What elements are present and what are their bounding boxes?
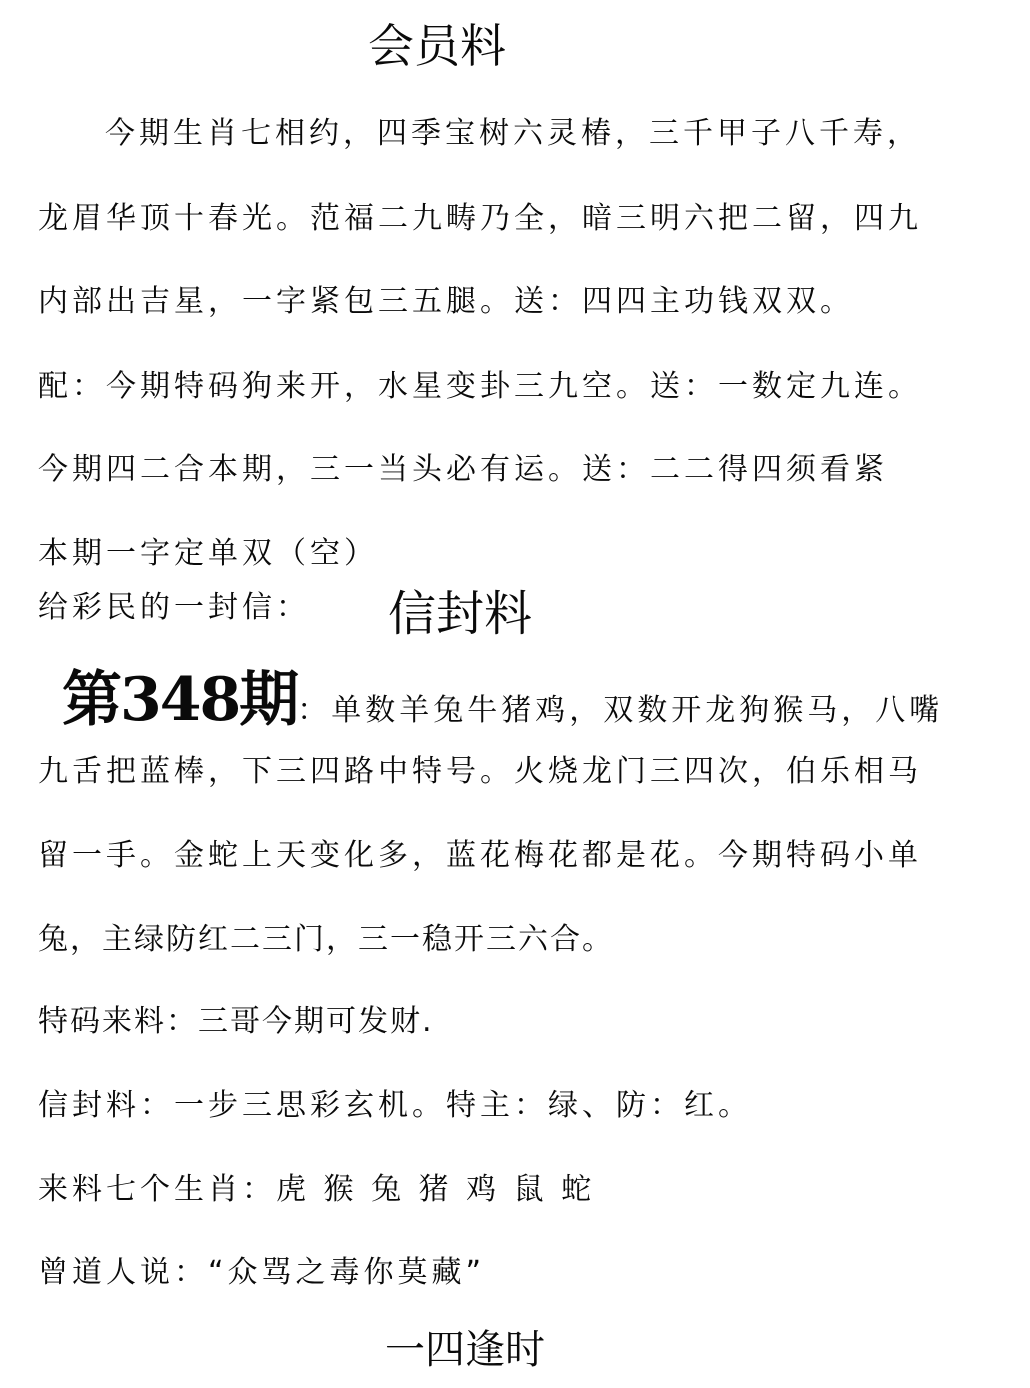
- verse-line: 配：今期特码狗来开，水星变卦三九空。送：一数定九连。: [38, 361, 922, 405]
- verse-line: 内部出吉星，一字紧包三五腿。送：四四主功钱双双。: [38, 276, 854, 320]
- issue-number: 第348期: [62, 665, 297, 735]
- verse-line: 九舌把蓝棒，下三四路中特号。火烧龙门三四次，伯乐相马: [38, 746, 922, 790]
- quote-line: 曾道人说：“众骂之毒你莫藏”: [38, 1247, 485, 1291]
- page-title: 会员料: [368, 10, 506, 76]
- footer-title: 一四逢时: [385, 1318, 545, 1375]
- verse-line: 今期生肖七相约，四季宝树六灵椿，三千甲子八千寿，: [105, 108, 921, 152]
- zodiac-line: 来料七个生肖：虎 猴 兔 猪 鸡 鼠 蛇: [38, 1164, 595, 1208]
- letter-label: 给彩民的一封信：: [38, 582, 310, 626]
- envelope-title: 信封料: [388, 575, 532, 644]
- verse-line: 本期一字定单双（空）: [38, 528, 378, 572]
- special-code-line: 特码来料：三哥今期可发财.: [38, 996, 434, 1040]
- verse-line: 龙眉华顶十春光。范福二九畴乃全，暗三明六把二留，四九: [38, 193, 922, 237]
- verse-line: 留一手。金蛇上天变化多，蓝花梅花都是花。今期特码小单: [38, 830, 922, 874]
- verse-line: 兔，主绿防红二三门，三一稳开三六合。: [38, 914, 614, 958]
- issue-row: 第348期：单数羊兔牛猪鸡，双数开龙狗猴马，八嘴: [62, 652, 943, 738]
- verse-line: 今期四二合本期，三一当头必有运。送：二二得四须看紧: [38, 444, 888, 488]
- envelope-line: 信封料：一步三思彩玄机。特主：绿、防：红。: [38, 1080, 752, 1124]
- issue-first-line: ：单数羊兔牛猪鸡，双数开龙狗猴马，八嘴: [297, 693, 943, 728]
